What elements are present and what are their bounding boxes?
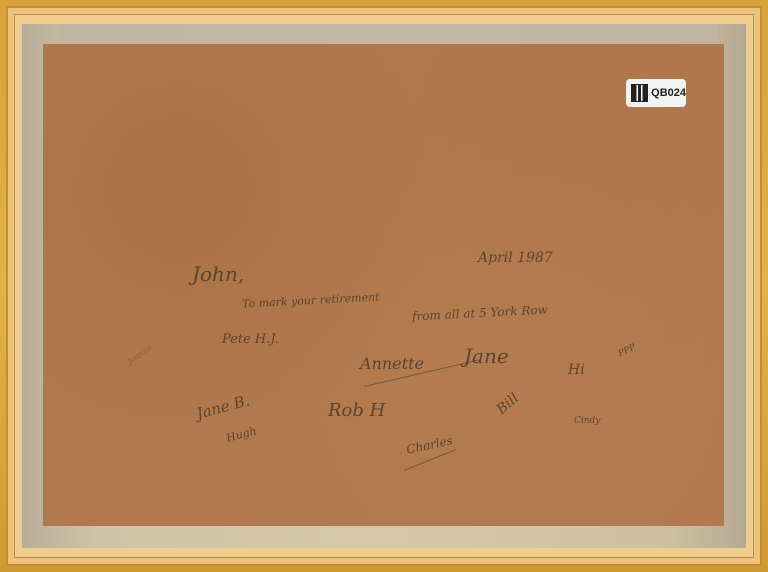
label-code: QB024 (651, 87, 686, 99)
inventory-label: QB024 (626, 79, 686, 107)
inscription-date: April 1987 (478, 250, 553, 266)
signature-jane: Jane (464, 344, 509, 368)
signature-hi: Hi (568, 362, 585, 378)
signature-cindy: Cindy (574, 416, 600, 426)
backing-tape-top (60, 24, 718, 46)
picture-frame: QB024 John, April 1987 To mark your reti… (0, 0, 768, 572)
qr-code-icon (632, 85, 647, 101)
signature-rob: Rob H (328, 400, 385, 421)
signature-pete: Pete H.J. (222, 332, 279, 347)
inscription-greeting: John, (192, 262, 244, 286)
signature-annette: Annette (360, 354, 424, 373)
hardboard-backing (43, 44, 724, 526)
